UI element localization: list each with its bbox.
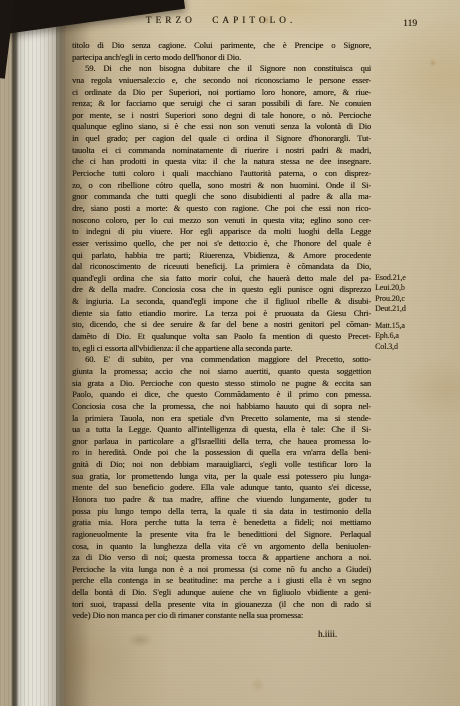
text-line: renza; & lor facciamo que seruigi che ci… xyxy=(72,98,371,110)
text-line: ci ordinate da Dio per Superiori, noi po… xyxy=(72,87,371,99)
text-line: 59. Di che non bisogna dubitare che il S… xyxy=(72,63,371,75)
text-block: titolo di Dio senza cagione. Colui parim… xyxy=(72,40,371,622)
margin-notes-1: Esod.21,eLeui.20,bProu.20,cDeut.21,d xyxy=(375,273,445,315)
text-line: Paolo, quando ei dice, che questo Commãd… xyxy=(72,389,371,401)
chapter-title: TERZO CAPITOLO. xyxy=(146,16,296,26)
running-header: TERZO CAPITOLO. xyxy=(72,16,370,26)
text-line: mente del suo beneficio godere. Ella val… xyxy=(72,482,371,494)
text-line: in quel grado; per cagion del quale ci o… xyxy=(72,133,371,145)
text-line: quand'egli ordina che sia fatto morir co… xyxy=(72,273,371,285)
text-line: dre & della madre. Conciosia cosa che in… xyxy=(72,284,371,296)
text-line: gnor commanda che tutti quegli che sono … xyxy=(72,191,371,203)
text-line: vna regola vniuersale:cio e, che secondo… xyxy=(72,75,371,87)
margin-note: Esod.21,e xyxy=(375,273,445,283)
margin-note: Leui.20,b xyxy=(375,283,445,293)
text-line: partecipa anch'egli in certo modo dell'h… xyxy=(72,52,371,64)
text-line: diente sia fatto etiandio morire. La ter… xyxy=(72,308,371,320)
margin-note: Eph.6,a xyxy=(375,331,445,341)
margin-note: Prou.20,c xyxy=(375,294,445,304)
text-line: ragioneuolmente la presente vita fra le … xyxy=(72,529,371,541)
text-line: to indegni di piu viuere. Hor egli appar… xyxy=(72,226,371,238)
text-line: la primiera Tauola, non era spetiale d'v… xyxy=(72,413,371,425)
text-line: Percioche la vita lunga non è a noi prom… xyxy=(72,564,371,576)
text-line: gratia mia. Hora perche tutta la terra è… xyxy=(72,517,371,529)
text-line: sia grata a Dio. Percioche con questo st… xyxy=(72,378,371,390)
text-line: sua gratia, lor promettendo lunga vita, … xyxy=(72,471,371,483)
text-line: della bontà di Dio. S'egli adunque auien… xyxy=(72,587,371,599)
text-line: giunta la promessa; accio che noi siamo … xyxy=(72,366,371,378)
margin-note: Matt.15,a xyxy=(375,321,445,331)
text-line: & ingiuria. La seconda, quand'egli impon… xyxy=(72,296,371,308)
text-line: gnità di Dio; noi non debbiam marauiglia… xyxy=(72,459,371,471)
text-line: 60. E' di subito, per vna commendation m… xyxy=(72,354,371,366)
text-line: noscono coloro, per lo cui mezzo son ven… xyxy=(72,215,371,227)
text-line: qui parlato, habbia tre parti; Riuerenza… xyxy=(72,250,371,262)
book-scan: TERZO CAPITOLO. 119 titolo di Dio senza … xyxy=(0,0,460,706)
text-line: Honora tuo padre & tua madre, affine che… xyxy=(72,494,371,506)
text-line: titolo di Dio senza cagione. Colui parim… xyxy=(72,40,371,52)
text-line: ua a tutta la Legge. Quanto all'intellig… xyxy=(72,424,371,436)
text-line: cosa, in quanto la lunghezza della vita … xyxy=(72,541,371,553)
paragraph: 59. Di che non bisogna dubitare che il S… xyxy=(72,63,371,354)
text-line: damẽto di Dio. Et qualunque volta san Pa… xyxy=(72,331,371,343)
margin-note: Col.3,d xyxy=(375,342,445,352)
margin-notes-2: Matt.15,aEph.6,aCol.3,d xyxy=(375,321,445,352)
text-line: qualunque eglino siano, si è che essi no… xyxy=(72,121,371,133)
text-line: perche ella contenga in se beatitudine: … xyxy=(72,575,371,587)
text-line: za di Dio verso di noi; questa promessa … xyxy=(72,552,371,564)
text-line: ro in heredità. Onde poi che la possessi… xyxy=(72,447,371,459)
margin-note: Deut.21,d xyxy=(375,304,445,314)
text-line: Conciosia cosa che la promessa, che noi … xyxy=(72,401,371,413)
text-line: tori suoi, trapassi della presente vita … xyxy=(72,599,371,611)
text-line: por mente, se i nostri Superiori sono de… xyxy=(72,110,371,122)
signature-mark: h.iiii. xyxy=(318,629,337,639)
text-line: Percioche tutti coloro i quali macchiano… xyxy=(72,168,371,180)
text-line: dre, siano posti a morte: & questo con r… xyxy=(72,203,371,215)
text-line: esser verissimo quello, che per noi s'e … xyxy=(72,238,371,250)
text-line: sto, dicendo, che si dee seruire & far d… xyxy=(72,319,371,331)
page-edges xyxy=(0,0,66,706)
page-number: 119 xyxy=(403,18,439,29)
paragraph: 60. E' di subito, per vna commendation m… xyxy=(72,354,371,622)
text-line: gnor parlaua in particolare a gl'Israell… xyxy=(72,436,371,448)
text-line: zo, o con ribellione cótro quella, sono … xyxy=(72,180,371,192)
text-line: possa piu lungo tempo della terra, la qu… xyxy=(72,506,371,518)
text-line: dal riconoscimento de riceuuti beneficij… xyxy=(72,261,371,273)
text-line: to, egli ci essorta all'vbidienza: il ch… xyxy=(72,343,371,355)
paragraph: titolo di Dio senza cagione. Colui parim… xyxy=(72,40,371,63)
text-line: che ci han prodotti in questa vita: il c… xyxy=(72,156,371,168)
text-line: tauolta ei ci commanda nominatamente di … xyxy=(72,145,371,157)
text-line: vede) Dio non manca per cio di rimaner c… xyxy=(72,610,371,622)
